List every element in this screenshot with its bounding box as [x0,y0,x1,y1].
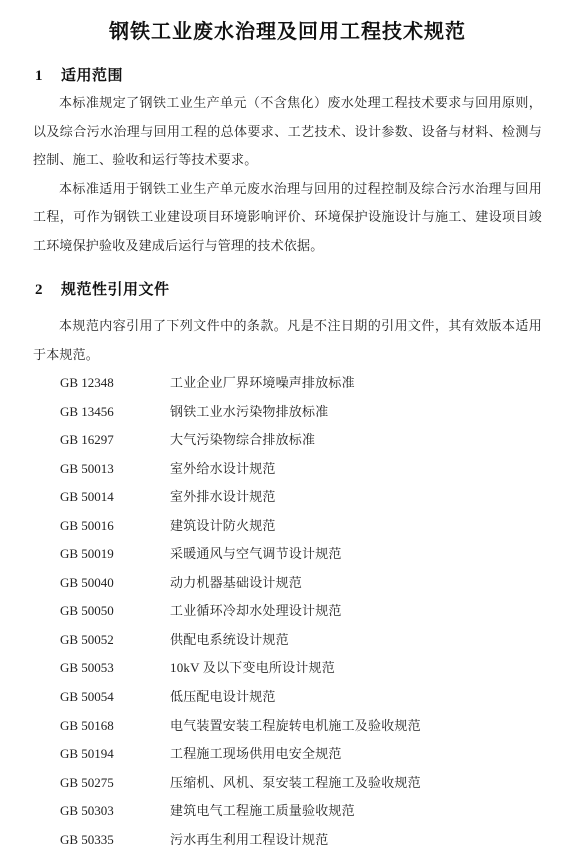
reference-code: GB 50168 [60,712,170,741]
reference-code: GB 50016 [60,512,170,541]
reference-row: GB 50052 供配电系统设计规范 [60,626,542,655]
reference-code: GB 50335 [60,826,170,855]
reference-row: GB 12348 工业企业厂界环境噪声排放标准 [60,369,542,398]
reference-code: GB 50194 [60,740,170,769]
reference-row: GB 13456 钢铁工业水污染物排放标准 [60,398,542,427]
reference-code: GB 12348 [60,369,170,398]
reference-code: GB 50019 [60,540,170,569]
section-references: 2规范性引用文件 本规范内容引用了下列文件中的条款。凡是不注日期的引用文件，其有… [33,280,542,854]
reference-code: GB 50050 [60,597,170,626]
document-page: 钢铁工业废水治理及回用工程技术规范 1适用范围 本标准规定了钢铁工业生产单元（不… [0,0,574,857]
reference-row: GB 50019 采暖通风与空气调节设计规范 [60,540,542,569]
reference-name: 室外排水设计规范 [170,483,542,512]
section-2-title: 规范性引用文件 [61,281,170,298]
reference-row: GB 16297 大气污染物综合排放标准 [60,426,542,455]
reference-row: GB 50013 室外给水设计规范 [60,455,542,484]
reference-row: GB 50050 工业循环冷却水处理设计规范 [60,597,542,626]
section-1-heading: 1适用范围 [35,66,542,86]
section-2-heading: 2规范性引用文件 [35,280,542,300]
reference-code: GB 50014 [60,483,170,512]
reference-name: 压缩机、风机、泵安装工程施工及验收规范 [170,769,542,798]
reference-name: 动力机器基础设计规范 [170,569,542,598]
reference-row: GB 50053 10kV 及以下变电所设计规范 [60,654,542,683]
reference-name: 低压配电设计规范 [170,683,542,712]
reference-name: 污水再生利用工程设计规范 [170,826,542,855]
reference-row: GB 50040 动力机器基础设计规范 [60,569,542,598]
document-title: 钢铁工业废水治理及回用工程技术规范 [33,18,542,46]
section-2-number: 2 [35,280,61,300]
reference-code: GB 50052 [60,626,170,655]
section-scope: 1适用范围 本标准规定了钢铁工业生产单元（不含焦化）废水处理工程技术要求与回用原… [33,66,542,260]
reference-row: GB 50016 建筑设计防火规范 [60,512,542,541]
reference-name: 室外给水设计规范 [170,455,542,484]
reference-row: GB 50014 室外排水设计规范 [60,483,542,512]
reference-name: 供配电系统设计规范 [170,626,542,655]
reference-name: 电气装置安装工程旋转电机施工及验收规范 [170,712,542,741]
reference-row: GB 50168 电气装置安装工程旋转电机施工及验收规范 [60,712,542,741]
reference-row: GB 50054 低压配电设计规范 [60,683,542,712]
section-1-number: 1 [35,66,61,86]
reference-code: GB 50040 [60,569,170,598]
reference-name: 建筑电气工程施工质量验收规范 [170,797,542,826]
reference-name: 10kV 及以下变电所设计规范 [170,654,542,683]
reference-name: 采暖通风与空气调节设计规范 [170,540,542,569]
reference-name: 钢铁工业水污染物排放标准 [170,398,542,427]
reference-name: 大气污染物综合排放标准 [170,426,542,455]
reference-code: GB 50013 [60,455,170,484]
reference-code: GB 50303 [60,797,170,826]
reference-code: GB 50053 [60,654,170,683]
reference-name: 工业循环冷却水处理设计规范 [170,597,542,626]
reference-code: GB 50275 [60,769,170,798]
reference-name: 建筑设计防火规范 [170,512,542,541]
reference-list: GB 12348 工业企业厂界环境噪声排放标准 GB 13456 钢铁工业水污染… [33,369,542,854]
reference-row: GB 50194 工程施工现场供用电安全规范 [60,740,542,769]
scope-paragraph-2: 本标准适用于钢铁工业生产单元废水治理与回用的过程控制及综合污水治理与回用工程，可… [33,175,542,261]
reference-code: GB 16297 [60,426,170,455]
reference-code: GB 13456 [60,398,170,427]
reference-row: GB 50303 建筑电气工程施工质量验收规范 [60,797,542,826]
reference-name: 工程施工现场供用电安全规范 [170,740,542,769]
reference-row: GB 50335 污水再生利用工程设计规范 [60,826,542,855]
references-intro-paragraph: 本规范内容引用了下列文件中的条款。凡是不注日期的引用文件，其有效版本适用于本规范… [33,312,542,369]
reference-name: 工业企业厂界环境噪声排放标准 [170,369,542,398]
scope-paragraph-1: 本标准规定了钢铁工业生产单元（不含焦化）废水处理工程技术要求与回用原则，以及综合… [33,89,542,175]
section-1-title: 适用范围 [61,67,123,84]
reference-row: GB 50275 压缩机、风机、泵安装工程施工及验收规范 [60,769,542,798]
reference-code: GB 50054 [60,683,170,712]
